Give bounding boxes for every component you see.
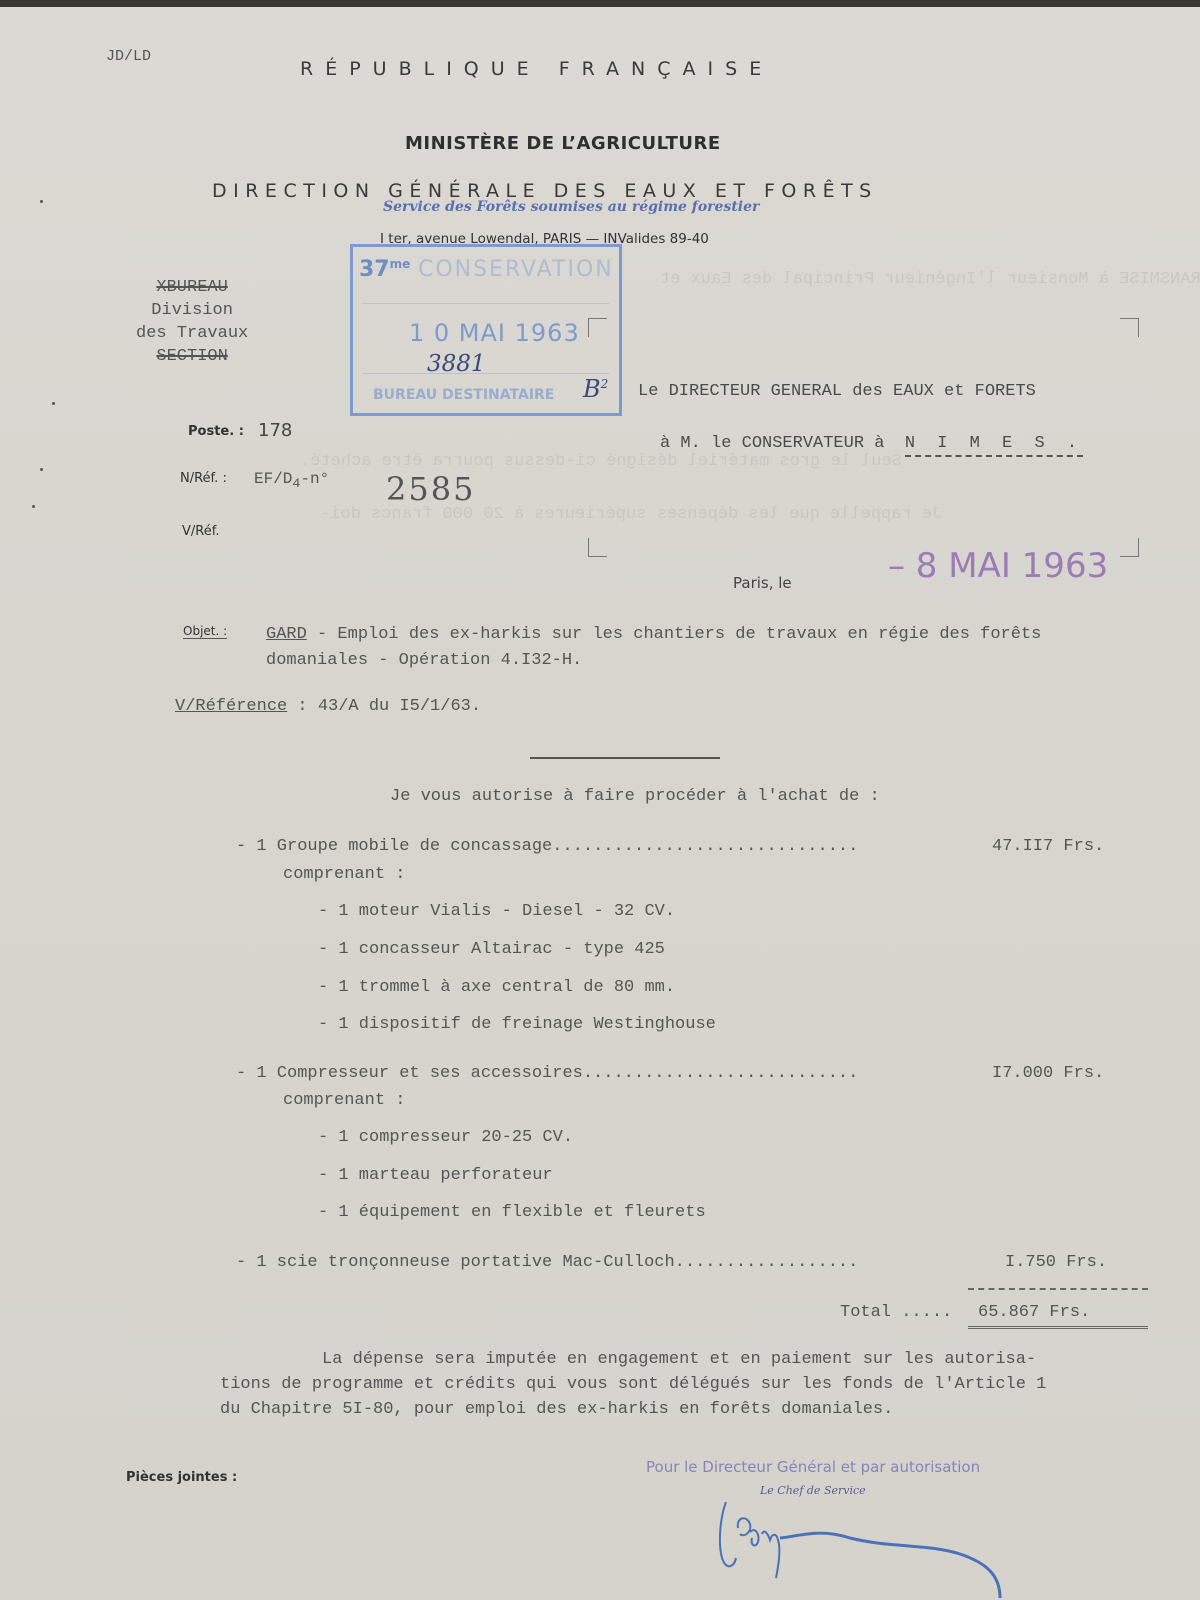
window-corner-mark [1120, 538, 1139, 557]
subitem: - 1 compresseur 20-25 CV. [318, 1128, 573, 1147]
item-row: - 1 Compresseur et ses accessoires .....… [236, 1064, 858, 1083]
subitem: - 1 marteau perforateur [318, 1166, 553, 1185]
item-price: I.750 Frs. [1005, 1253, 1107, 1272]
total-double-rule [968, 1326, 1148, 1329]
ministry-heading: MINISTÈRE DE L’AGRICULTURE [405, 133, 721, 154]
window-corner-mark [588, 538, 607, 557]
comprenant-label: comprenant : [283, 865, 405, 884]
bleed-through-text: Seul le gros matériel désigné ci-dessus … [300, 452, 902, 471]
total-label: Total ..... [840, 1303, 952, 1322]
subitem: - 1 concasseur Altairac - type 425 [318, 940, 665, 959]
sender-title: Le DIRECTEUR GENERAL des EAUX et FORETS [638, 382, 1036, 401]
subitem: - 1 moteur Vialis - Diesel - 32 CV. [318, 902, 675, 921]
stamp-footer: BUREAU DESTINATAIRE [373, 387, 554, 403]
vref-label: V/Réf. [182, 524, 219, 539]
item-price: I7.000 Frs. [992, 1064, 1104, 1083]
total-rule [968, 1288, 1148, 1290]
subitem: - 1 dispositif de freinage Westinghouse [318, 1015, 716, 1034]
scan-top-edge [0, 0, 1200, 7]
travaux-label: des Travaux [136, 322, 248, 345]
stamp-date: 1 0 MAI 1963 [409, 319, 580, 347]
place-label: Paris, le [733, 574, 792, 592]
item-row: - 1 scie tronçonneuse portative Mac-Cull… [236, 1253, 858, 1272]
scan-speck [40, 468, 43, 471]
nref-label: N/Réf. : [180, 471, 227, 486]
scan-speck [32, 505, 35, 508]
objet-department: GARD [266, 625, 307, 644]
stamp-rule [363, 303, 609, 304]
separator-rule [530, 757, 720, 759]
poste-value: 178 [258, 420, 292, 441]
imputation-paragraph: La dépense sera imputée en engagement et… [220, 1347, 1046, 1422]
window-corner-mark [1120, 318, 1139, 337]
subitem: - 1 trommel à axe central de 80 mm. [318, 978, 675, 997]
reception-stamp: 37me CONSERVATION 1 0 MAI 1963 3881 BURE… [350, 244, 622, 416]
pieces-jointes-label: Pièces jointes : [126, 1470, 237, 1485]
sender-block: XBUREAU Division des Travaux SECTION [136, 276, 248, 368]
handwritten-code: B2 [583, 375, 608, 403]
signature-stamp: Pour le Directeur Général et par autoris… [646, 1458, 980, 1476]
objet-text: GARD - Emploi des ex-harkis sur les chan… [266, 622, 1196, 674]
stamp-header: 37me CONSERVATION [359, 257, 614, 282]
section-struck: SECTION [136, 345, 248, 368]
poste-label: Poste. : [188, 424, 244, 439]
objet-label: Objet. : [183, 624, 227, 639]
service-stamp: Service des Forêts soumises au régime fo… [383, 199, 759, 215]
signature-title: Le Chef de Service [760, 1484, 866, 1497]
nref-number: 2585 [386, 470, 475, 508]
scan-speck [52, 402, 55, 405]
scan-speck [40, 200, 43, 203]
comprenant-label: comprenant : [283, 1091, 405, 1110]
item-price: 47.II7 Frs. [992, 837, 1104, 856]
subitem: - 1 équipement en flexible et fleurets [318, 1203, 706, 1222]
recipient-line: à M. le CONSERVATEUR à N I M E S . [660, 434, 1083, 453]
v-reference: V/Référence : 43/A du I5/1/63. [175, 697, 481, 716]
stamp-rule [363, 373, 609, 374]
typist-initials: JD/LD [106, 48, 151, 65]
bleed-through-text: COPIE CONFORME TRANSMISE à Monsieur l'In… [660, 270, 1200, 289]
item-row: - 1 Groupe mobile de concassage ........… [236, 837, 858, 856]
division-label: Division [136, 299, 248, 322]
handwritten-signature [690, 1498, 1030, 1600]
date-stamp: – 8 MAI 1963 [888, 546, 1108, 586]
total-value: 65.867 Frs. [978, 1303, 1090, 1322]
bureau-struck: XBUREAU [136, 276, 248, 299]
republique-heading: RÉPUBLIQUE FRANÇAISE [300, 58, 773, 80]
window-corner-mark [588, 318, 607, 337]
recipient-city: N I M E S . [905, 434, 1083, 457]
intro-text: Je vous autorise à faire procéder à l'ac… [390, 787, 880, 806]
nref-value: EF/D4-n° [254, 470, 329, 492]
